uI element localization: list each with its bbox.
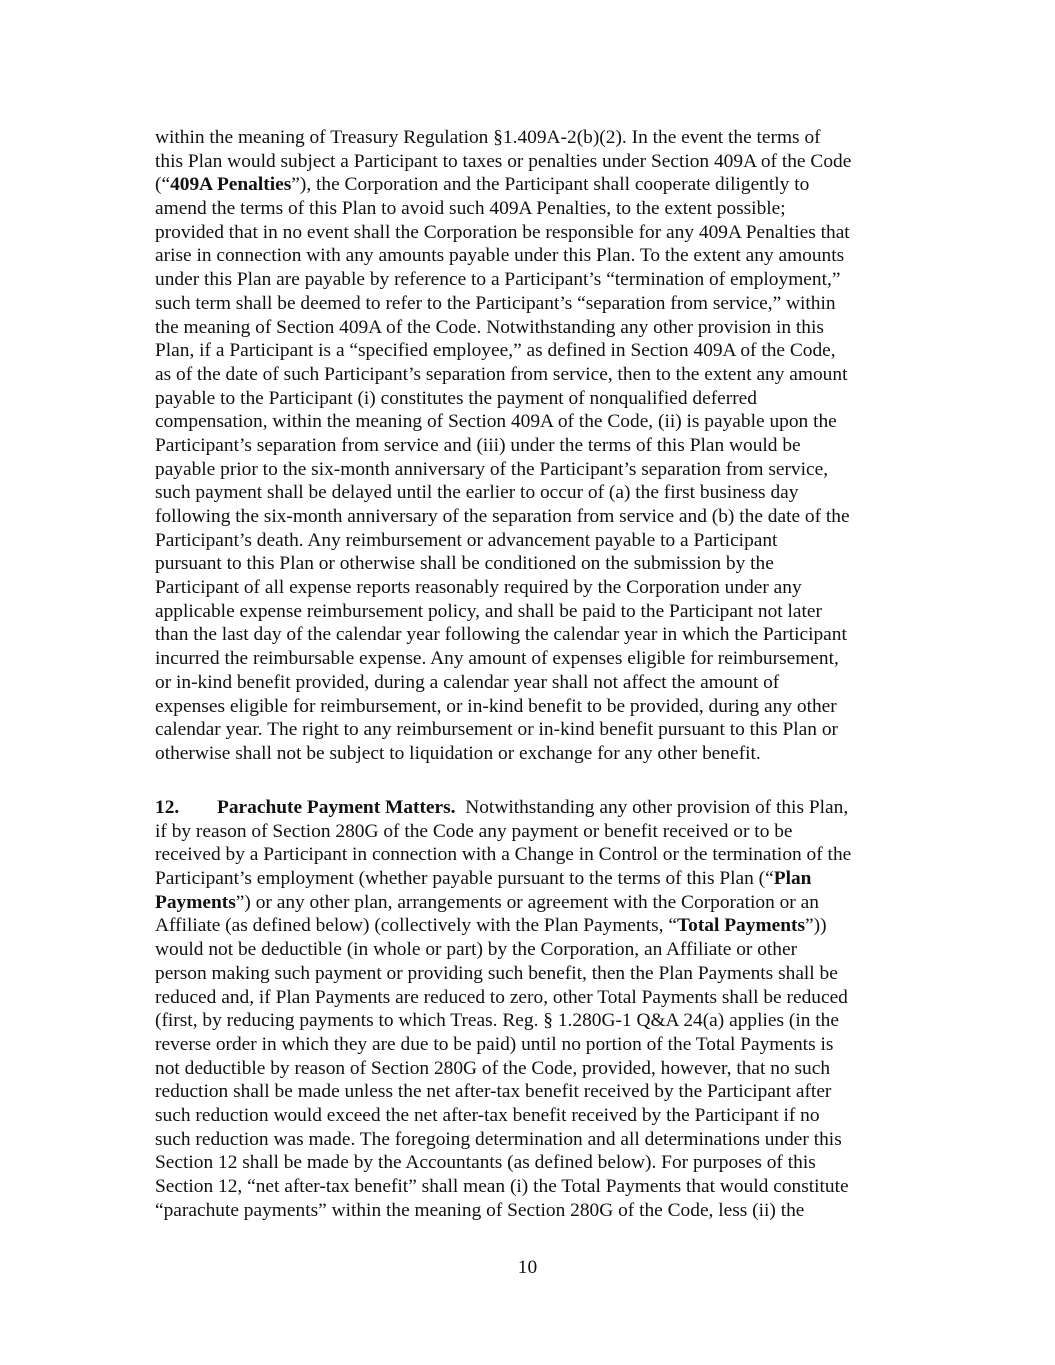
defined-term-total-payments: Total Payments [677,915,805,936]
text-line: (first, by reducing payments to which Tr… [155,1009,915,1033]
section-number: 12. [155,796,217,820]
text-line: Participant’s separation from service an… [155,434,915,458]
text-line: if by reason of Section 280G of the Code… [155,820,915,844]
text-line: following the six-month anniversary of t… [155,505,915,529]
text-line: would not be deductible (in whole or par… [155,938,915,962]
text-line: under this Plan are payable by reference… [155,268,915,292]
defined-term-plan-payments-cont: Payments [155,892,236,913]
text-line: Section 12, “net after-tax benefit” shal… [155,1175,915,1199]
section-heading: Parachute Payment Matters. [217,797,456,818]
text-line: pursuant to this Plan or otherwise shall… [155,552,915,576]
section-12-parachute-payment-matters: 12.Parachute Payment Matters. Notwithsta… [155,796,915,1222]
text-line: as of the date of such Participant’s sep… [155,363,915,387]
text-line: Participant’s employment (whether payabl… [155,867,915,891]
text-line: calendar year. The right to any reimburs… [155,718,915,742]
text-line: this Plan would subject a Participant to… [155,150,915,174]
text-line: within the meaning of Treasury Regulatio… [155,126,915,150]
text-line: (“409A Penalties”), the Corporation and … [155,173,915,197]
text-line: such term shall be deemed to refer to th… [155,292,915,316]
text-line: reduced and, if Plan Payments are reduce… [155,986,915,1010]
text-span: (“ [155,174,170,195]
text-line: payable prior to the six-month anniversa… [155,458,915,482]
text-line: provided that in no event shall the Corp… [155,221,915,245]
text-line: amend the terms of this Plan to avoid su… [155,197,915,221]
document-page: within the meaning of Treasury Regulatio… [0,0,1055,1365]
text-line: or in-kind benefit provided, during a ca… [155,671,915,695]
text-line: than the last day of the calendar year f… [155,623,915,647]
text-line: reduction shall be made unless the net a… [155,1080,915,1104]
text-line: payable to the Participant (i) constitut… [155,387,915,411]
text-span: ”) or any other plan, arrangements or ag… [236,892,819,913]
text-line: such payment shall be delayed until the … [155,481,915,505]
paragraph-409a: within the meaning of Treasury Regulatio… [155,126,915,766]
text-line: Plan, if a Participant is a “specified e… [155,339,915,363]
text-line: incurred the reimbursable expense. Any a… [155,647,915,671]
text-line: the meaning of Section 409A of the Code.… [155,316,915,340]
text-line: not deductible by reason of Section 280G… [155,1057,915,1081]
text-line: Participant of all expense reports reaso… [155,576,915,600]
text-line: reverse order in which they are due to b… [155,1033,915,1057]
text-line: Affiliate (as defined below) (collective… [155,914,915,938]
text-line: person making such payment or providing … [155,962,915,986]
text-span: ”), the Corporation and the Participant … [291,174,809,195]
defined-term-plan-payments: Plan [774,868,812,889]
text-line: Section 12 shall be made by the Accounta… [155,1151,915,1175]
text-line: received by a Participant in connection … [155,843,915,867]
text-span: Participant’s employment (whether payabl… [155,868,774,889]
text-line: Payments”) or any other plan, arrangemen… [155,891,915,915]
text-line: expenses eligible for reimbursement, or … [155,695,915,719]
text-line: “parachute payments” within the meaning … [155,1199,915,1223]
text-line: otherwise shall not be subject to liquid… [155,742,915,766]
text-span: ”)) [805,915,827,936]
text-span: Affiliate (as defined below) (collective… [155,915,677,936]
text-line: applicable expense reimbursement policy,… [155,600,915,624]
defined-term-409a-penalties: 409A Penalties [170,174,291,195]
text-line: such reduction was made. The foregoing d… [155,1128,915,1152]
text-line: arise in connection with any amounts pay… [155,244,915,268]
text-line: compensation, within the meaning of Sect… [155,410,915,434]
section-heading-line: 12.Parachute Payment Matters. Notwithsta… [155,796,915,820]
text-line: Participant’s death. Any reimbursement o… [155,529,915,553]
page-number: 10 [0,1256,1055,1280]
text-span: Notwithstanding any other provision of t… [456,797,849,818]
text-line: such reduction would exceed the net afte… [155,1104,915,1128]
